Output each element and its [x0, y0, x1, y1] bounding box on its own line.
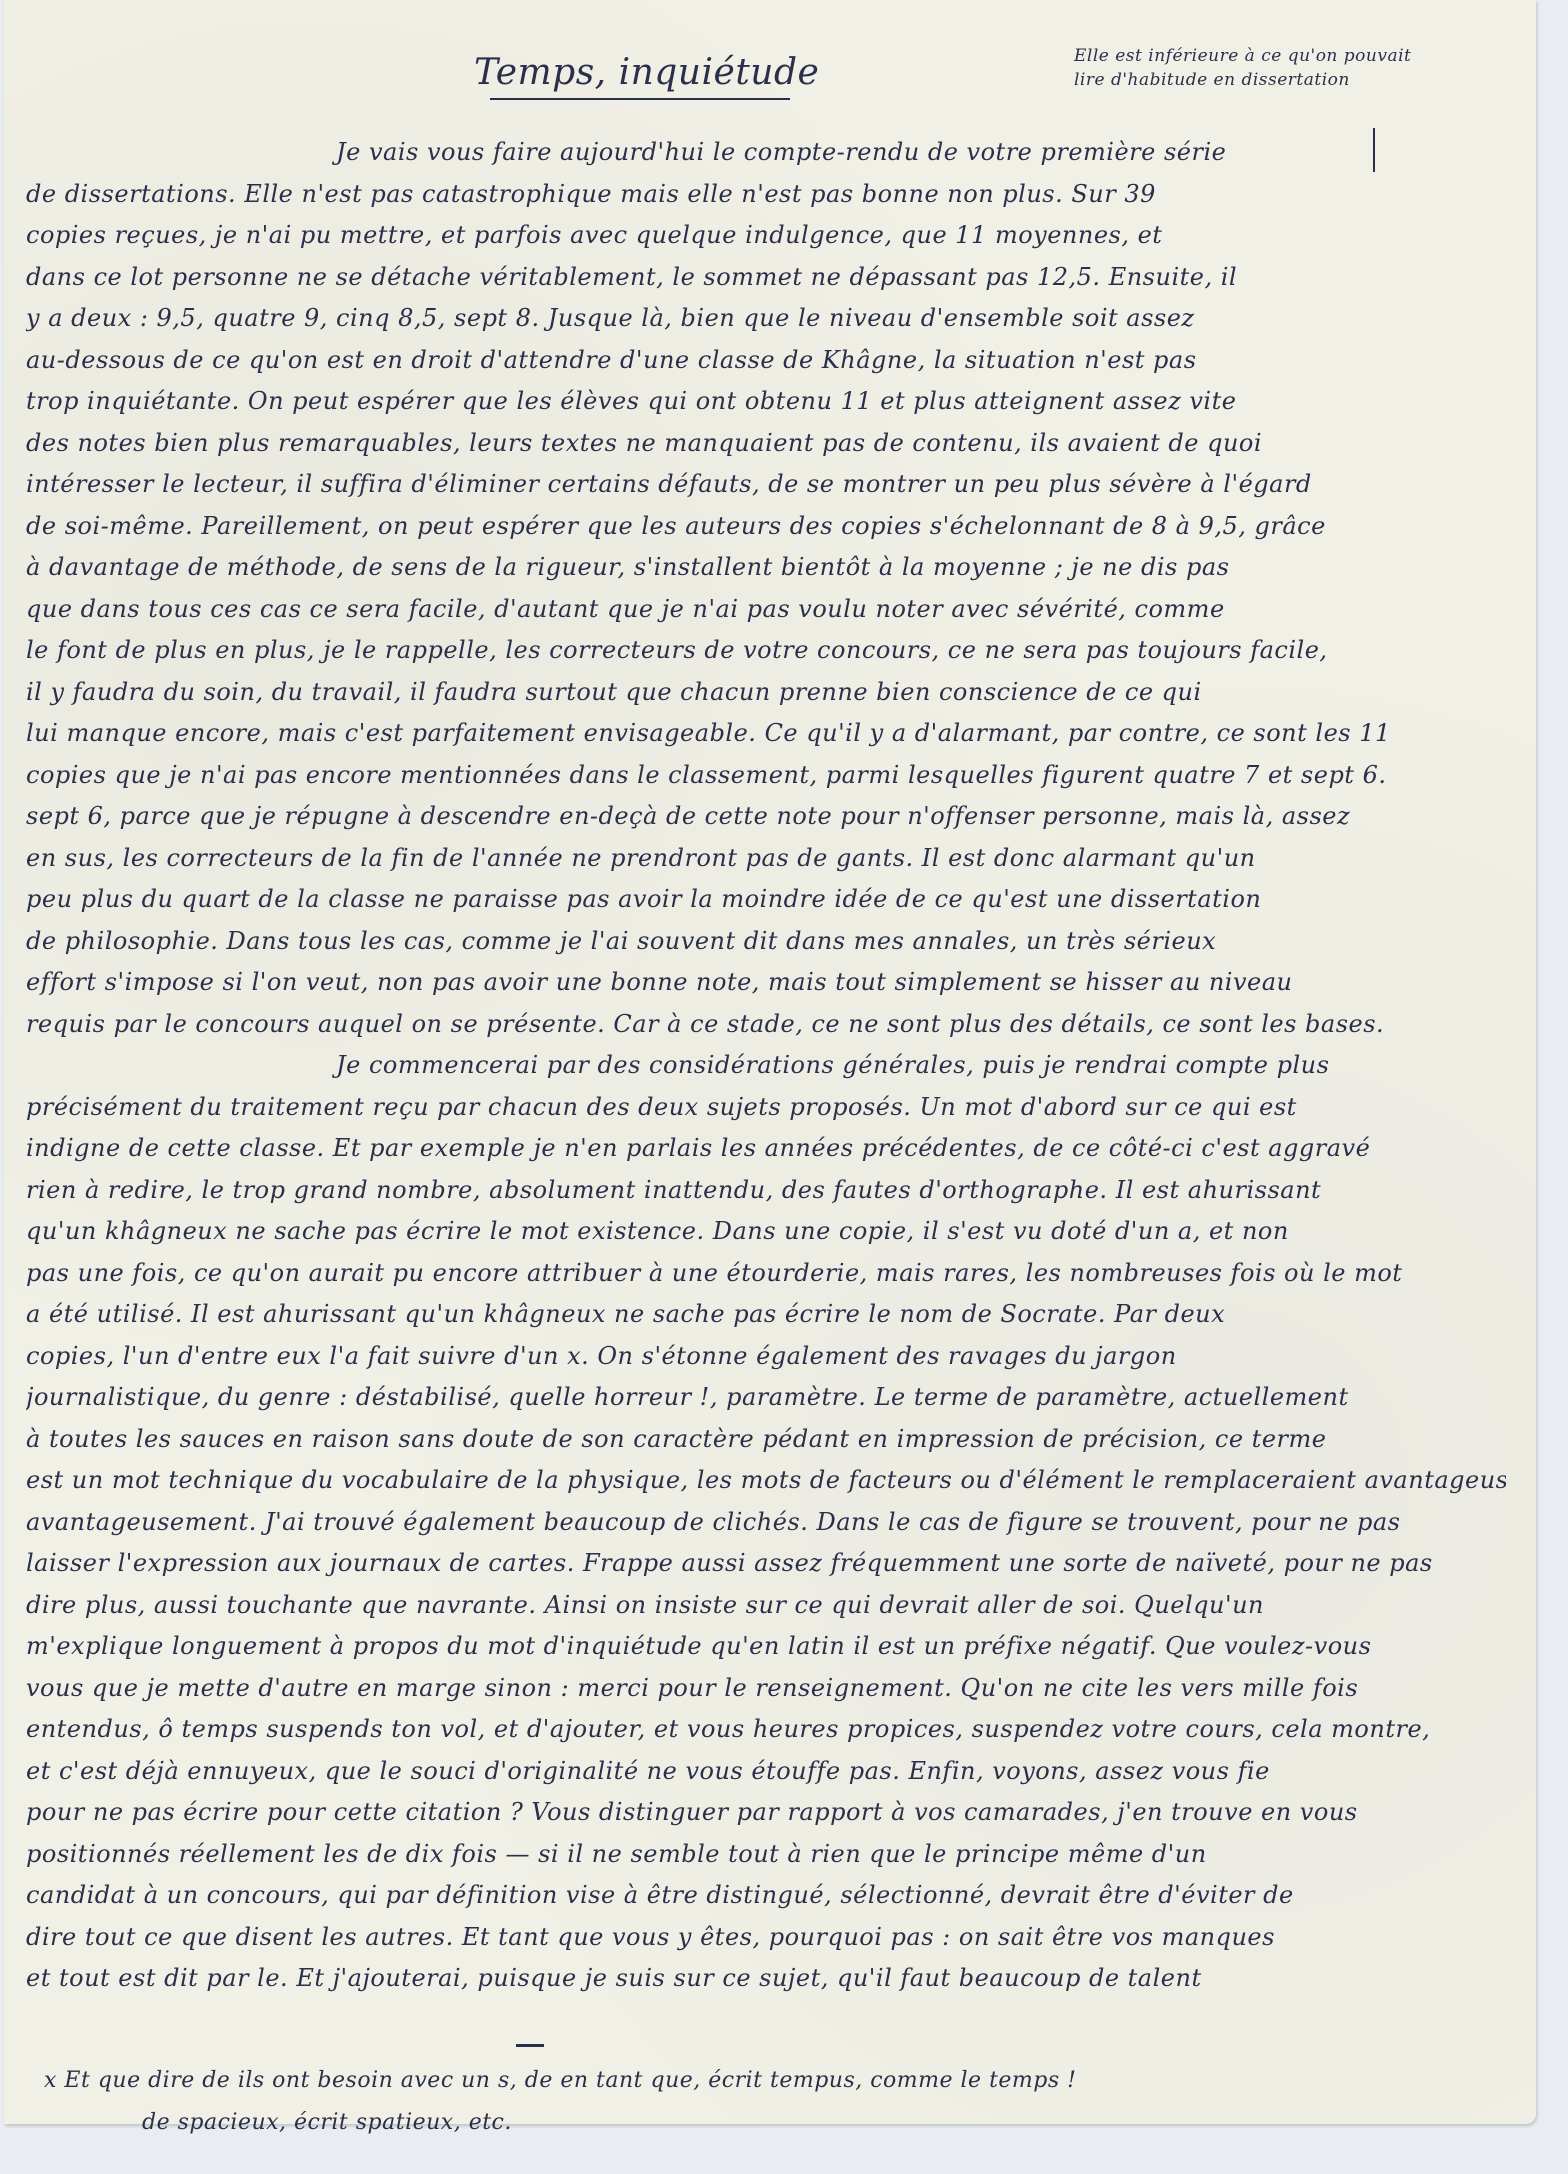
manuscript-line: lui manque encore, mais c'est parfaiteme… — [26, 713, 1506, 755]
footnote-line: Et que dire de ils ont besoin avec un s,… — [64, 2068, 1076, 2093]
manuscript-line: et tout est dit par le. Et j'ajouterai, … — [26, 1958, 1506, 2000]
manuscript-line: le font de plus en plus, je le rappelle,… — [26, 630, 1506, 672]
manuscript-line: de philosophie. Dans tous les cas, comme… — [26, 921, 1506, 963]
margin-note-line: Elle est inférieure à ce qu'on pouvait — [1074, 44, 1411, 68]
manuscript-line: il y faudra du soin, du travail, il faud… — [26, 672, 1506, 714]
manuscript-line: positionnés réellement les de dix fois —… — [26, 1834, 1506, 1876]
manuscript-line: est un mot technique du vocabulaire de l… — [26, 1460, 1506, 1502]
manuscript-line: à toutes les sauces en raison sans doute… — [26, 1419, 1506, 1461]
manuscript-line: dire plus, aussi touchante que navrante.… — [26, 1585, 1506, 1627]
manuscript-line: précisément du traitement reçu par chacu… — [26, 1087, 1506, 1129]
manuscript-line: rien à redire, le trop grand nombre, abs… — [26, 1170, 1506, 1212]
footnote-line: de spacieux, écrit spatieux, etc. — [44, 2102, 1077, 2144]
manuscript-line: de soi-même. Pareillement, on peut espér… — [26, 506, 1506, 548]
manuscript-line: intéresser le lecteur, il suffira d'élim… — [26, 464, 1506, 506]
manuscript-line: avantageusement. J'ai trouvé également b… — [26, 1502, 1506, 1544]
manuscript-line: copies reçues, je n'ai pu mettre, et par… — [26, 215, 1506, 257]
manuscript-line: à davantage de méthode, de sens de la ri… — [26, 547, 1506, 589]
footnote-marker: x — [44, 2068, 57, 2093]
manuscript-line: sept 6, parce que je répugne à descendre… — [26, 796, 1506, 838]
manuscript-body: Je vais vous faire aujourd'hui le compte… — [26, 132, 1506, 2000]
manuscript-line: qu'un khâgneux ne sache pas écrire le mo… — [26, 1211, 1506, 1253]
manuscript-line: pas une fois, ce qu'on aurait pu encore … — [26, 1253, 1506, 1295]
margin-note: Elle est inférieure à ce qu'on pouvait l… — [1074, 44, 1411, 92]
margin-note-line: lire d'habitude en dissertation — [1074, 68, 1411, 92]
manuscript-line: m'explique longuement à propos du mot d'… — [26, 1626, 1506, 1668]
title-underline — [490, 98, 790, 100]
manuscript-line: au-dessous de ce qu'on est en droit d'at… — [26, 340, 1506, 382]
manuscript-line: dans ce lot personne ne se détache vérit… — [26, 257, 1506, 299]
manuscript-line: que dans tous ces cas ce sera facile, d'… — [26, 589, 1506, 631]
manuscript-line: requis par le concours auquel on se prés… — [26, 1004, 1506, 1046]
footnote: x Et que dire de ils ont besoin avec un … — [44, 2060, 1077, 2144]
manuscript-line: peu plus du quart de la classe ne parais… — [26, 879, 1506, 921]
manuscript-line: vous que je mette d'autre en marge sinon… — [26, 1668, 1506, 1710]
manuscript-line: indigne de cette classe. Et par exemple … — [26, 1128, 1506, 1170]
manuscript-line: Je vais vous faire aujourd'hui le compte… — [26, 132, 1506, 174]
manuscript-line: Je commencerai par des considérations gé… — [26, 1045, 1506, 1087]
manuscript-line: laisser l'expression aux journaux de car… — [26, 1543, 1506, 1585]
manuscript-line: dire tout ce que disent les autres. Et t… — [26, 1917, 1506, 1959]
manuscript-line: a été utilisé. Il est ahurissant qu'un k… — [26, 1294, 1506, 1336]
manuscript-line: journalistique, du genre : déstabilisé, … — [26, 1377, 1506, 1419]
manuscript-line: entendus, ô temps suspends ton vol, et d… — [26, 1709, 1506, 1751]
manuscript-line: copies que je n'ai pas encore mentionnée… — [26, 755, 1506, 797]
manuscript-page: Temps, inquiétude Elle est inférieure à … — [4, 0, 1536, 2124]
footnote-separator — [516, 2044, 544, 2047]
manuscript-line: pour ne pas écrire pour cette citation ?… — [26, 1792, 1506, 1834]
manuscript-line: copies, l'un d'entre eux l'a fait suivre… — [26, 1336, 1506, 1378]
manuscript-line: et c'est déjà ennuyeux, que le souci d'o… — [26, 1751, 1506, 1793]
manuscript-line: des notes bien plus remarquables, leurs … — [26, 423, 1506, 465]
manuscript-line: effort s'impose si l'on veut, non pas av… — [26, 962, 1506, 1004]
manuscript-line: en sus, les correcteurs de la fin de l'a… — [26, 838, 1506, 880]
manuscript-line: y a deux : 9,5, quatre 9, cinq 8,5, sept… — [26, 298, 1506, 340]
page-title: Temps, inquiétude — [474, 52, 819, 93]
manuscript-line: de dissertations. Elle n'est pas catastr… — [26, 174, 1506, 216]
manuscript-line: trop inquiétante. On peut espérer que le… — [26, 381, 1506, 423]
manuscript-line: candidat à un concours, qui par définiti… — [26, 1875, 1506, 1917]
